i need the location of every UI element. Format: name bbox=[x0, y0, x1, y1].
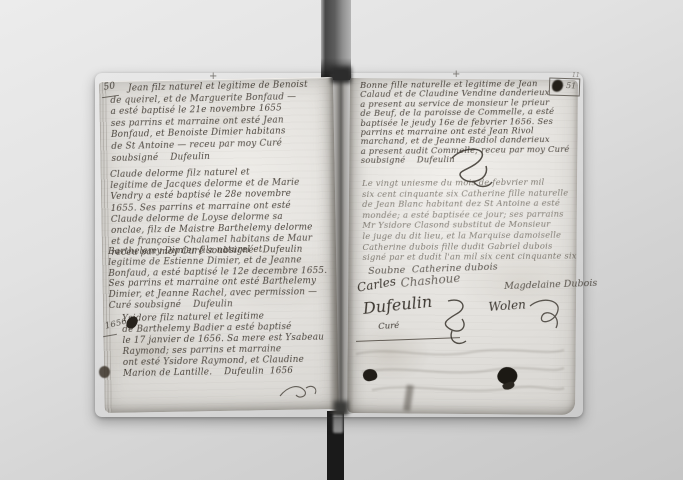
book-gutter bbox=[329, 74, 354, 414]
scanned-register-photo: { "left_page": { "page_number": "50", "t… bbox=[0, 0, 683, 480]
corner-pen-marks: 11 bbox=[572, 72, 580, 79]
signature-magdelaine-dubois: Magdelaine Dubois bbox=[504, 278, 597, 292]
baptism-entry-right-2: Le vingt uniesme du mois de febvrier mil… bbox=[362, 177, 577, 263]
baptism-entry-left-4: Ysidore filz naturel et legitime de Bart… bbox=[122, 310, 325, 380]
signature-wolen: Wolen bbox=[488, 297, 526, 314]
baptism-entry-left-1: Jean filz naturel et legitime de Benoist… bbox=[110, 80, 309, 165]
left-page-cross-mark: + bbox=[209, 71, 217, 82]
baptism-entry-left-3: Barthelemy Dimier filz naturel et legiti… bbox=[108, 244, 328, 312]
book-cradle-strap-bottom bbox=[327, 411, 344, 480]
baptism-entry-right-1: Bonne fille naturelle et legitime de Jea… bbox=[360, 79, 570, 166]
signature-cure-title: Curé bbox=[378, 321, 400, 332]
